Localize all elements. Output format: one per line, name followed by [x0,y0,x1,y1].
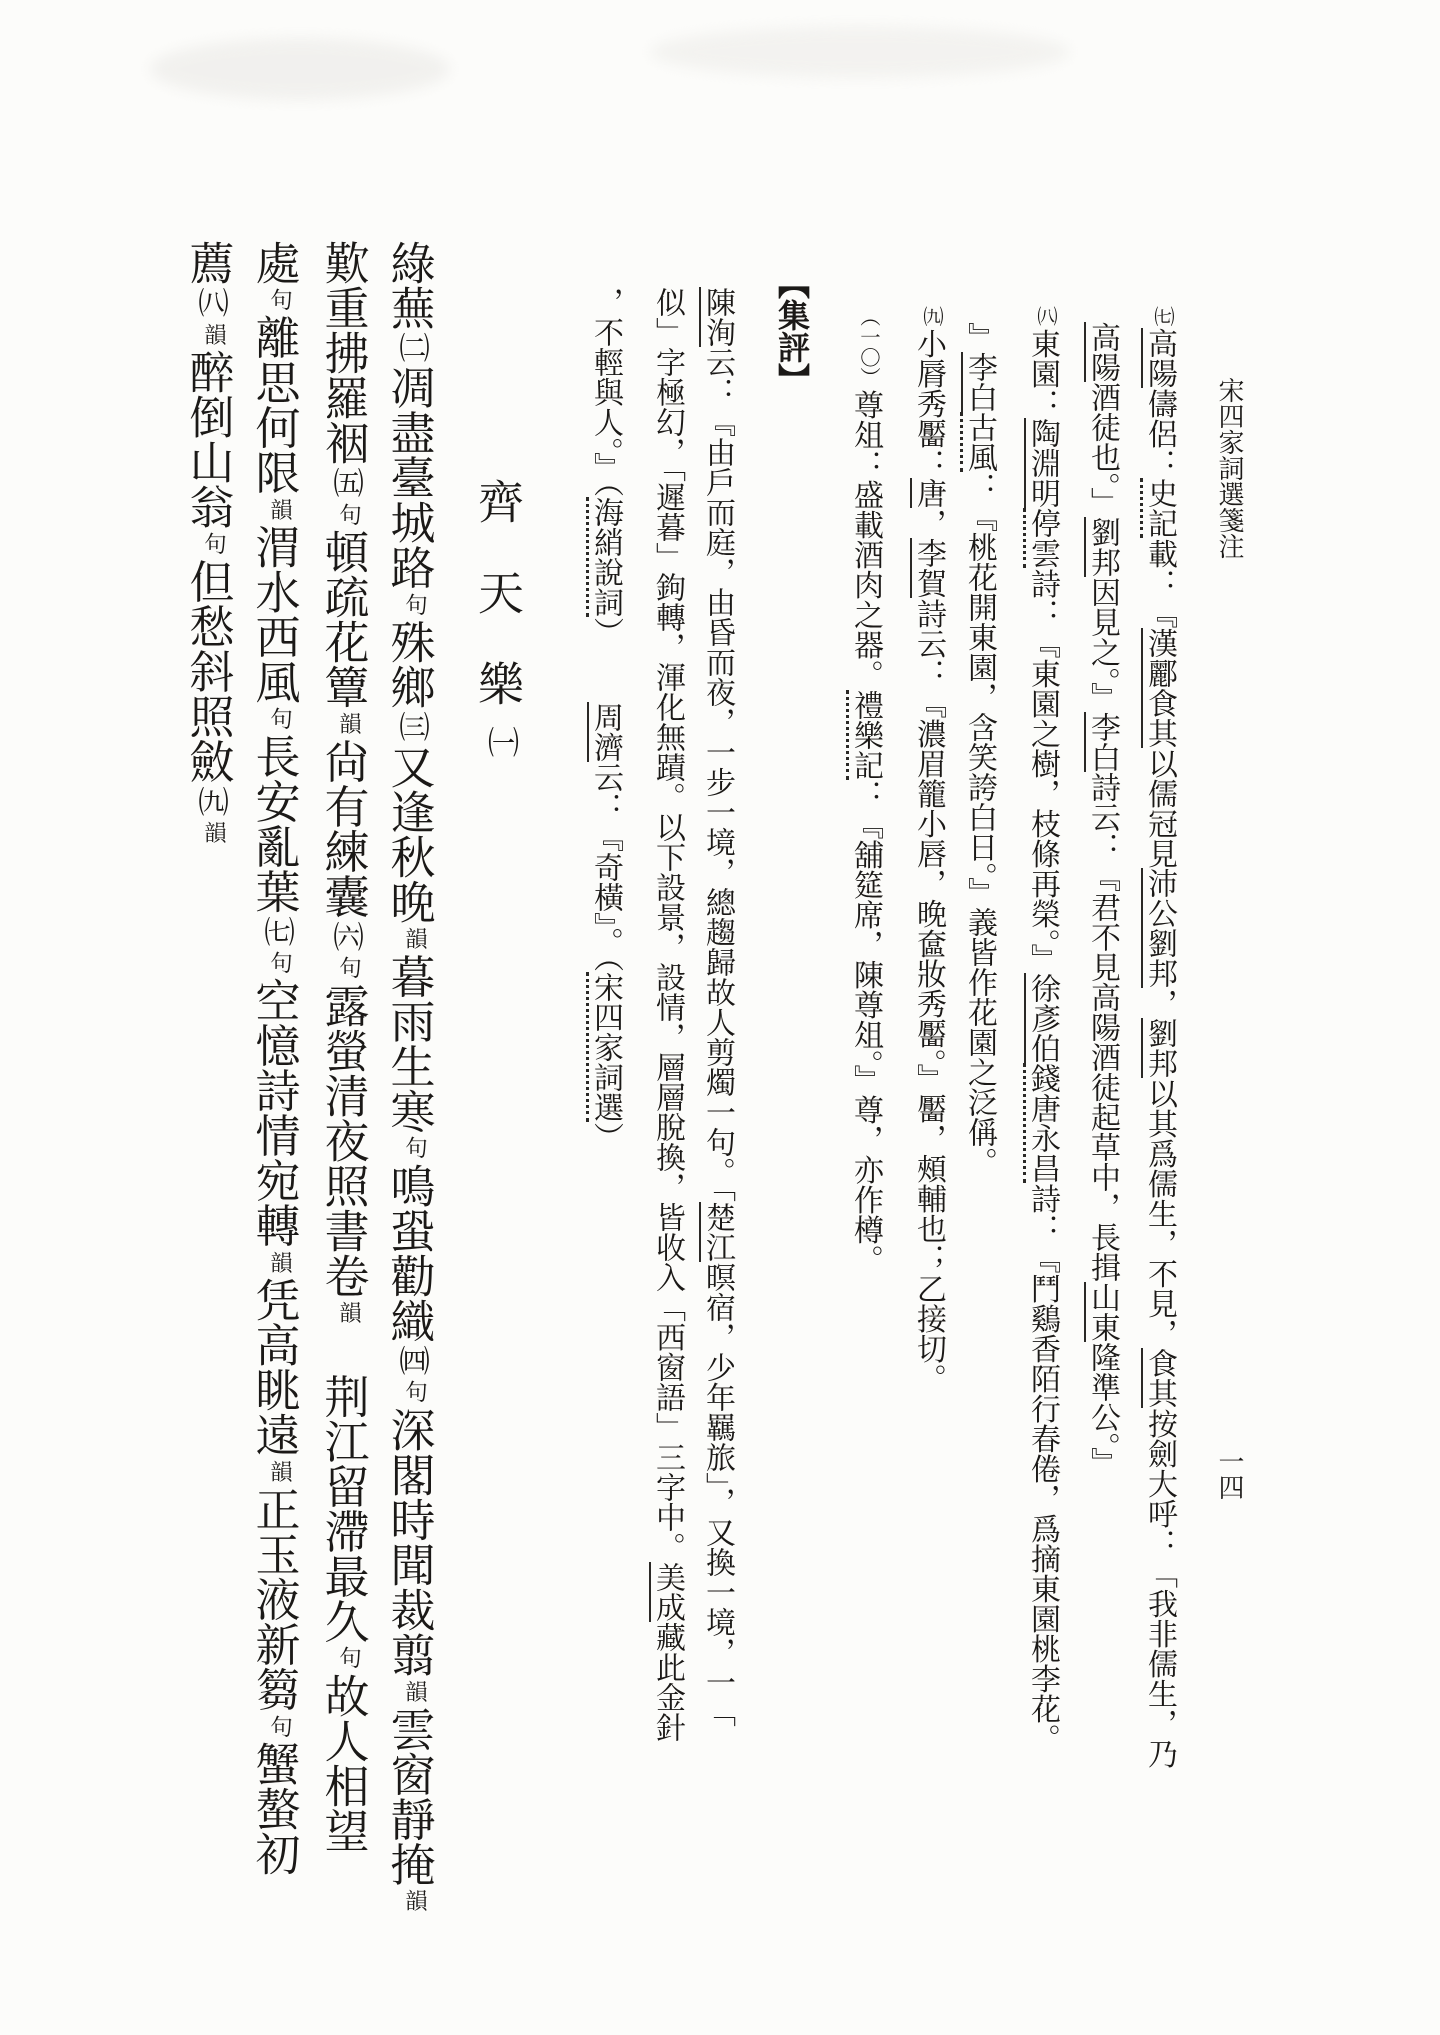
note-reference: ㈦ [1151,306,1173,326]
prosody-marker: 韻 [268,1460,293,1484]
text-run: ） [589,617,622,647]
note-reference: ㈣ [395,1345,429,1376]
prosody-marker: 句 [337,503,362,527]
text-run: 醉倒山翁 [183,349,233,529]
prosody-marker: 句 [337,1646,362,1670]
text-run: 【集評】 [774,267,810,395]
jiping-header: 【集評】 [776,267,808,395]
text-run: 藏此金針 [651,1622,684,1742]
text-run: 長安亂葉 [249,734,299,914]
note-reference: ㈢ [395,711,429,742]
text-run: 又逢秋晚 [384,744,434,924]
prosody-marker: 句 [268,707,293,731]
text-run: 尊俎：盛載酒肉之器。 [849,390,882,690]
jiping-chenxun-line-2: 似」字極幻，「遲暮」鉤轉，渾化無蹟。以下設景，設情，層層脫換，皆收入「西窗語」三… [652,287,682,1742]
scan-page: 宋四家詞選箋注一四㈦高陽儔侶：史記載：『漢酈食其以儒冠見沛公劉邦，劉邦以其爲儒生… [0,0,1440,2035]
text-run: ：『舖筵席，陳尊俎。』尊，亦作樽。 [849,780,882,1275]
text-run: 歎重拂羅裀 [318,240,368,465]
text-run: 綠蕪 [384,240,434,330]
proper-noun-mark: 高陽 [1084,322,1119,382]
prosody-marker: 韻 [403,1680,428,1704]
poem-line-4: 薦㈧韻醉倒山翁句但愁斜照斂㈨韻 [185,240,230,848]
book-title-mark: 海綃說詞 [586,497,622,617]
note-reference: ㈤ [329,467,363,498]
text-run: 樂 [472,660,523,706]
stanza-gap [605,647,606,702]
proper-noun-mark: 陶淵明 [1024,418,1059,508]
text-run: ， [1143,988,1176,1018]
text-run: ， [912,508,945,538]
scan-smudge-top-left [150,38,450,100]
prosody-marker: 句 [403,1136,428,1160]
text-run: 離思何限 [249,315,299,495]
prosody-marker: 韻 [403,1889,428,1913]
prosody-marker: 韻 [337,1301,362,1325]
text-run: 一四 [1215,1448,1244,1500]
text-run: 故人相望 [318,1673,368,1853]
note-reference: ㈠ [483,726,518,757]
book-title-mark: 停雲 [1023,508,1059,568]
text-run: 詩：『東園之樹，枝條再榮。』 [1026,568,1059,973]
proper-noun-mark: 漢酈食其 [1141,628,1176,748]
stanza-gap [497,706,498,724]
note-reference: ㈧ [1034,306,1056,326]
scan-smudge-top-middle [650,26,1070,78]
note-7-line-2: 高陽酒徒也。」劉邦因見之。』李白詩云：『君不見高陽酒徒起草中，長揖山東隆準公。』 [1087,322,1117,1477]
poem-title: 齊天樂㈠ [474,478,520,759]
prosody-marker: 句 [268,951,293,975]
text-run: ） [589,1122,622,1152]
proper-noun-mark: 高陽 [1141,328,1176,388]
text-run: 暝宿，少年羈旅」，又換一境，一「 [701,1262,734,1727]
text-run: 正玉液新篘 [249,1487,299,1712]
prosody-marker: 韻 [268,1251,293,1275]
poem-line-3: 處句離思何限韻渭水西風句長安亂葉㈦句空憶詩情宛轉韻凭高眺遠韻正玉液新篘句蟹螯初 [251,240,296,1876]
proper-noun-mark: 李白 [961,352,996,412]
text-run: 按劍大呼：「我非儒生，乃 [1143,1408,1176,1768]
proper-noun-mark: 李白 [1084,712,1119,772]
text-run: 』 [963,322,996,352]
book-title-mark: 錢唐永昌 [1023,1063,1059,1183]
text-run: 薦 [183,240,233,285]
prosody-marker: 韻 [202,323,227,347]
prosody-marker: 韻 [268,498,293,522]
stanza-gap [342,1327,343,1373]
note-reference: ㈥ [329,921,363,952]
text-run: 似」字極幻，「遲暮」鉤轉，渾化無蹟。以下設景，設情，層層脫換，皆收入「西窗語」三… [651,287,684,1562]
text-run: 暮雨生寒 [384,953,434,1133]
text-run: 殊鄉 [384,619,434,709]
text-run: 露螢清夜照書卷 [318,983,368,1298]
prosody-marker: 句 [337,956,362,980]
text-run: 東園： [1026,328,1059,418]
text-run: 但愁斜照斂 [183,559,233,784]
header-title: 宋四家詞選箋注 [1216,377,1242,559]
text-run: 天 [472,569,523,615]
text-run: 尙有練囊 [318,739,368,919]
prosody-marker: 句 [268,1715,293,1739]
proper-noun-mark: 劉邦 [1084,517,1119,577]
proper-noun-mark: 唐 [910,478,945,508]
note-8-line-2: 』李白古風：『桃花開東園，含笑誇白日。』義皆作花園之泛偁。 [964,322,994,1177]
note-reference: ㈨ [194,786,228,817]
text-run: 酒徒也。」 [1086,382,1119,517]
jiping-chenxun-line-3: ，不輕與人。』（海綃說詞）周濟云：『奇橫』。（宋四家詞選） [590,287,620,1152]
text-run: ，不輕與人。』（ [589,287,622,497]
prosody-marker: 韻 [202,821,227,845]
text-run: 荆江留滯最久 [318,1373,368,1643]
text-run: 儔侶： [1143,388,1176,478]
proper-noun-mark: 沛公劉邦 [1141,868,1176,988]
text-run: 小脣秀靨： [912,328,945,478]
text-run: 載：『 [1143,538,1176,628]
text-run: 齊 [472,478,523,524]
page-number: 一四 [1216,1448,1242,1500]
text-run: 深閣時聞裁翦 [384,1407,434,1677]
poem-line-1: 綠蕪㈡凋盡臺城路句殊鄉㈢又逢秋晚韻暮雨生寒句鳴蛩勸織㈣句深閣時聞裁翦韻雲窗靜掩韻 [386,240,431,1916]
text-run: 隆準公。』 [1086,1342,1119,1477]
text-run: 宋四家詞選箋注 [1215,377,1244,559]
jiping-chenxun-line-1: 陳洵云：『由戶而庭，由昏而夜，一步一境，總趨歸故人剪燭一句。「楚江暝宿，少年羈旅… [702,287,732,1727]
text-run: 鳴蛩勸織 [384,1163,434,1343]
poem-line-2: 歎重拂羅裀㈤句頓疏花簟韻尙有練囊㈥句露螢清夜照書卷韻荆江留滯最久句故人相望 [320,240,365,1853]
text-run: 詩云：『濃眉籠小唇，晚奩妝秀靨。』靨，頰輔也；乙接切。 [912,598,945,1393]
proper-noun-mark: 劉邦 [1141,1018,1176,1078]
note-10: （一〇）尊俎：盛載酒肉之器。禮樂記：『舖筵席，陳尊俎。』尊，亦作樽。 [850,304,880,1275]
prosody-marker: 句 [268,288,293,312]
text-run: 處 [249,240,299,285]
text-run: 詩：『鬥鷄香陌行春倦，爲摘東園桃李花。 [1026,1183,1059,1753]
proper-noun-mark: 徐彥伯 [1024,973,1059,1063]
note-reference: （一〇） [857,306,879,388]
text-run: 蟹螯初 [249,1741,299,1876]
proper-noun-mark: 美成 [649,1562,684,1622]
text-run: ：『桃花開東園，含笑誇白日。』義皆作花園之泛偁。 [963,472,996,1177]
text-run: 因見之。』 [1086,577,1119,712]
note-reference: ㈦ [260,916,294,947]
note-reference: ㈨ [920,306,942,326]
stanza-gap [497,615,498,660]
text-run: 雲窗靜掩 [384,1706,434,1886]
note-reference: ㈡ [395,332,429,363]
text-run: 以其爲儒生，不見， [1143,1078,1176,1348]
text-run: 空憶詩情宛轉 [249,978,299,1248]
text-run: 云：『奇橫』。（ [589,762,622,972]
note-reference: ㈧ [194,287,228,318]
book-title-mark: 禮樂記 [846,690,882,780]
book-title-mark: 宋四家詞選 [586,972,622,1122]
note-7-line-1: ㈦高陽儔侶：史記載：『漢酈食其以儒冠見沛公劉邦，劉邦以其爲儒生，不見，食其按劍大… [1144,304,1174,1768]
note-9: ㈨小脣秀靨：唐，李賀詩云：『濃眉籠小唇，晚奩妝秀靨。』靨，頰輔也；乙接切。 [913,304,943,1393]
proper-noun-mark: 李賀 [910,538,945,598]
text-run: 渭水西風 [249,524,299,704]
proper-noun-mark: 山東 [1084,1282,1119,1342]
proper-noun-mark: 陳洵 [699,287,734,347]
prosody-marker: 韻 [403,927,428,951]
stanza-gap [497,524,498,569]
book-title-mark: 古風 [960,412,996,472]
proper-noun-mark: 食其 [1141,1348,1176,1408]
proper-noun-mark: 周濟 [587,702,622,762]
text-run: 凋盡臺城路 [384,365,434,590]
text-run: 云：『由戶而庭，由昏而夜，一步一境，總趨歸故人剪燭一句。「 [701,347,734,1202]
text-run: 頓疏花簟 [318,529,368,709]
prosody-marker: 句 [202,532,227,556]
text-run: 以儒冠見 [1143,748,1176,868]
prosody-marker: 韻 [337,712,362,736]
text-run: 詩云：『君不見高陽酒徒起草中，長揖 [1086,772,1119,1282]
book-title-mark: 史記 [1140,478,1176,538]
prosody-marker: 句 [403,1380,428,1404]
prosody-marker: 句 [403,593,428,617]
proper-noun-mark: 楚江 [699,1202,734,1262]
note-8-line-1: ㈧東園：陶淵明停雲詩：『東園之樹，枝條再榮。』徐彥伯錢唐永昌詩：『鬥鷄香陌行春倦… [1027,304,1057,1753]
text-run: 凭高眺遠 [249,1277,299,1457]
